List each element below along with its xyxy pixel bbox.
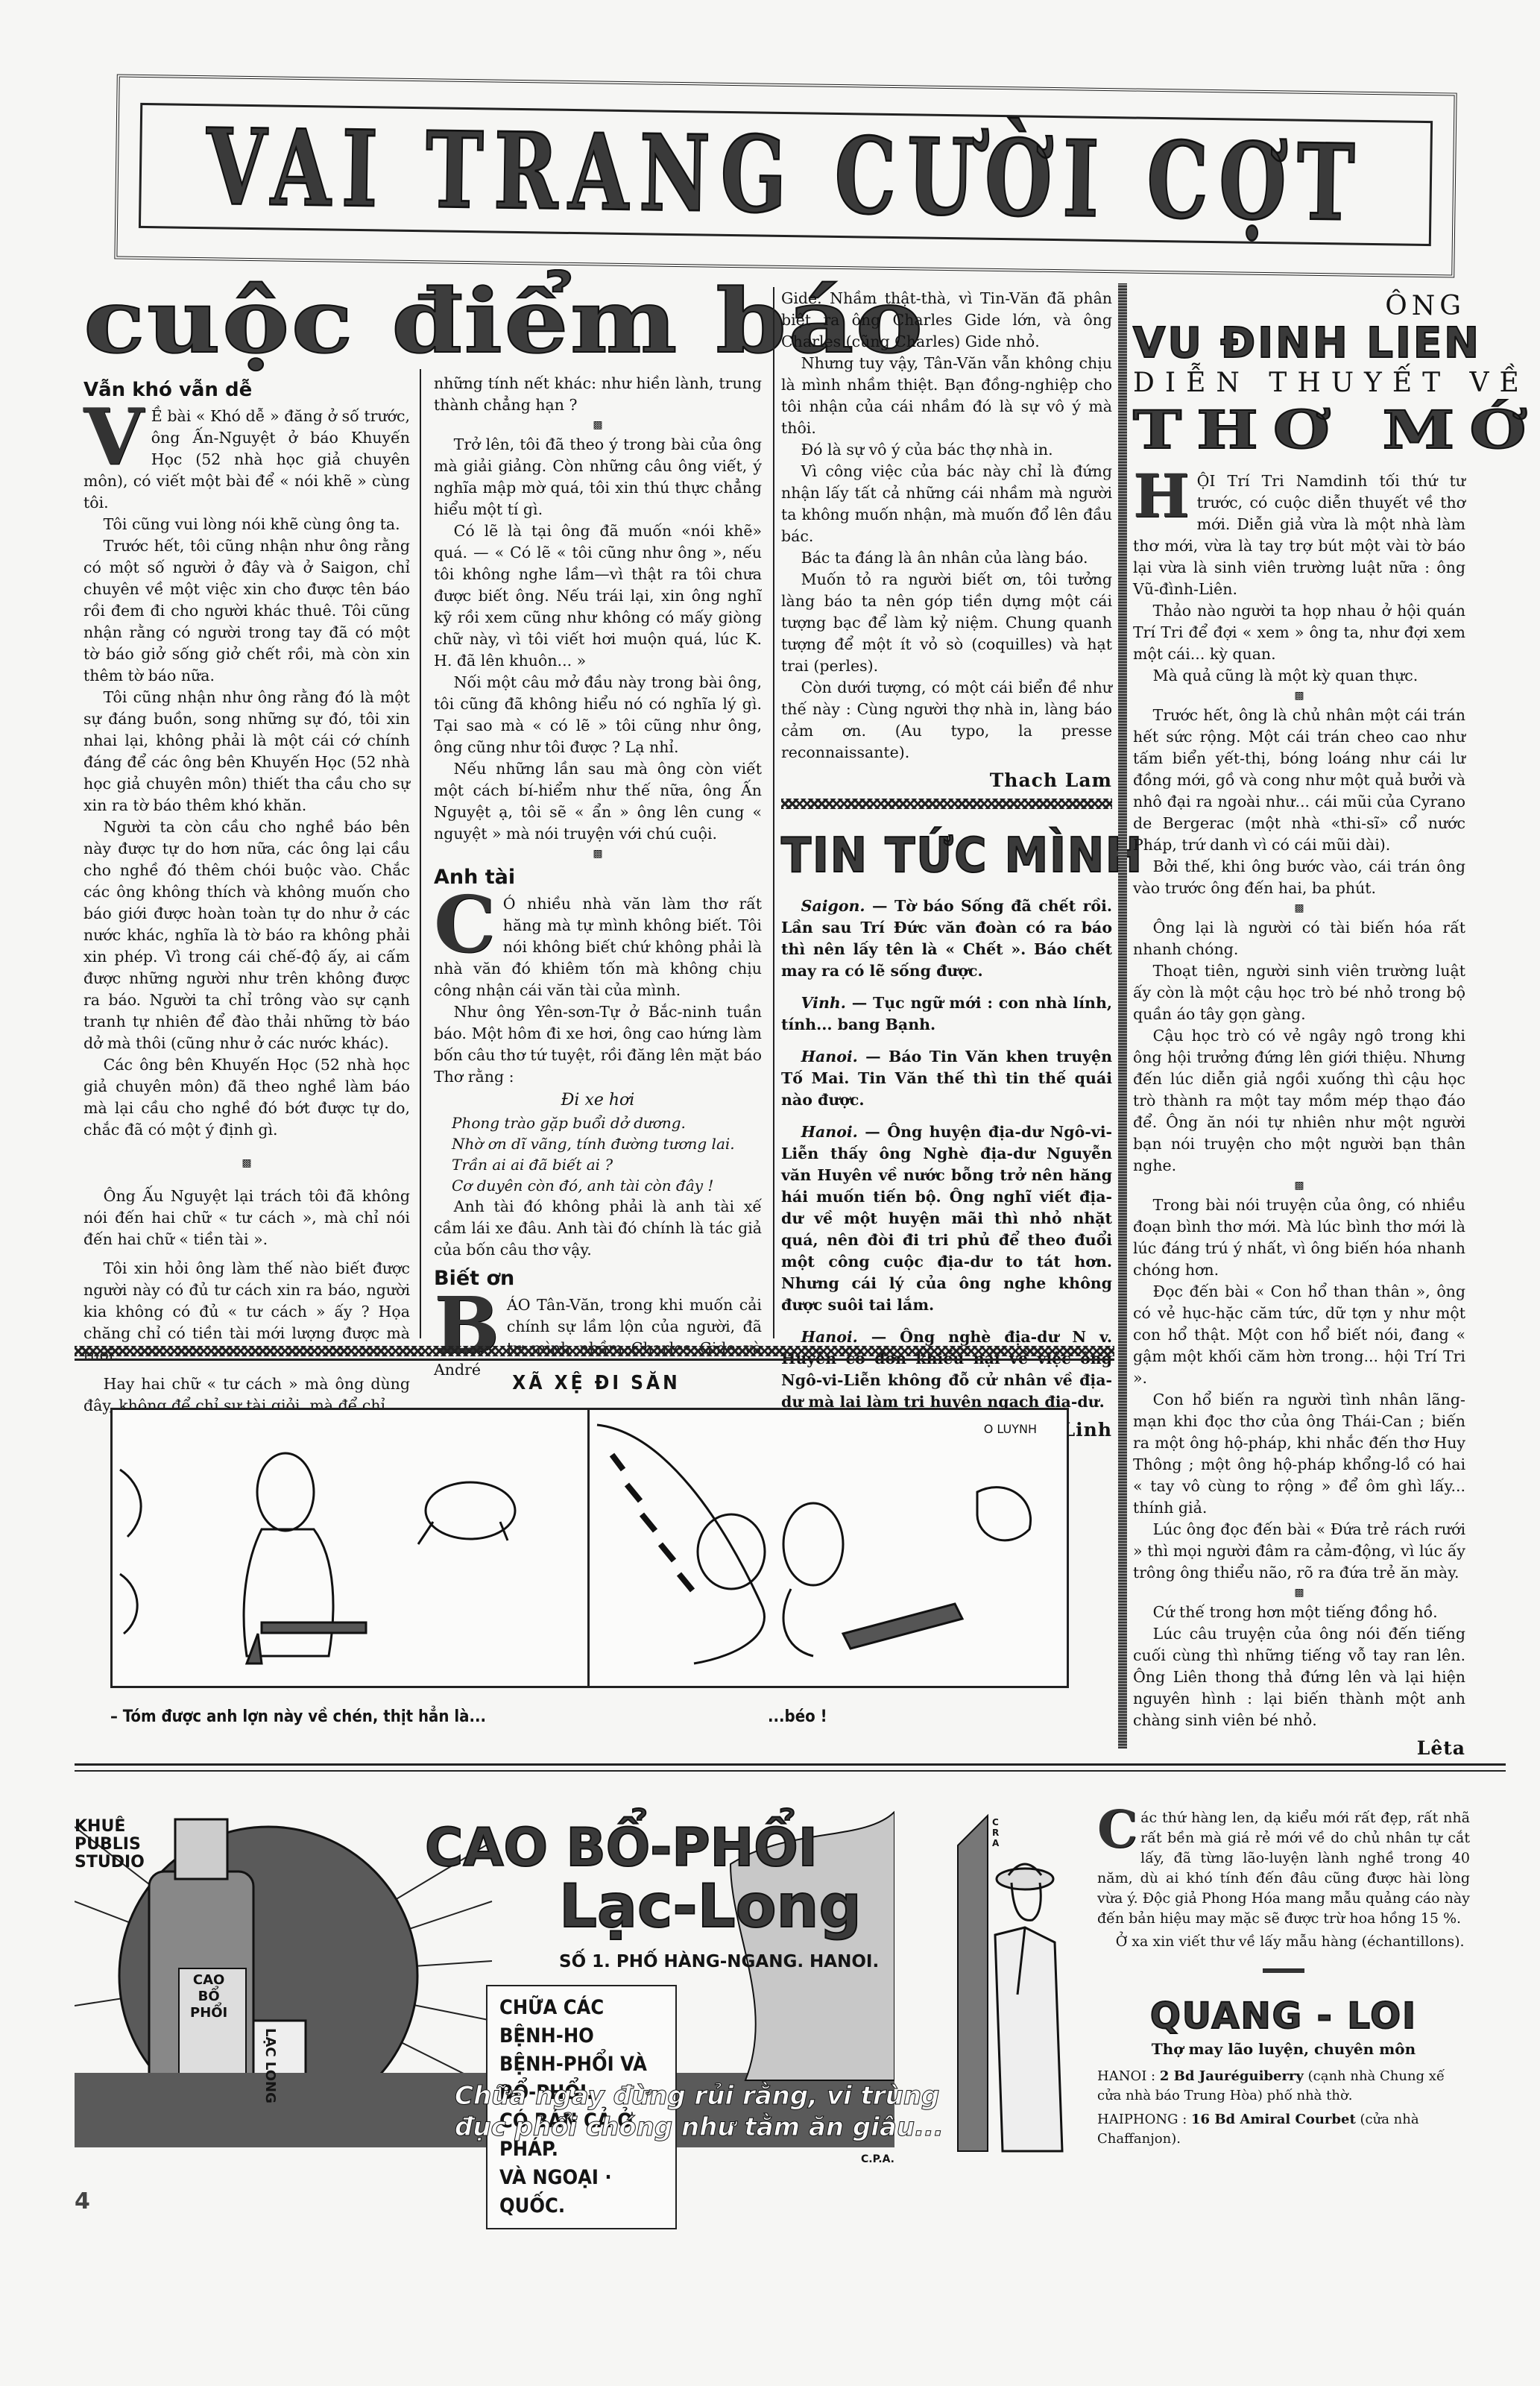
headline-kicker: ÔNG (1133, 291, 1465, 321)
page-number: 4 (75, 2188, 90, 2215)
box-label: LẠC LONG (262, 2028, 278, 2103)
ornament-icon: ▩ (434, 848, 762, 860)
ornament-icon: ▩ (1133, 690, 1465, 702)
ad-illustration-gentleman: C R A (943, 1801, 1077, 2159)
article-paragraph: Mà quả cũng là một kỳ quan thực. (1133, 665, 1465, 687)
ad-cao-bo-phoi-lac-long: KHUÊ PUBLIS STUDIO CAO BỔ PHỔI LẠC LONG … (75, 1782, 894, 2170)
ad-intro: C ác thứ hàng len, dạ kiểu mới rất đẹp, … (1097, 1808, 1470, 1929)
news-item: Hanoi. — Báo Tin Văn khen truyện Tố Mai.… (781, 1046, 1112, 1111)
ornament-icon: ▩ (83, 1157, 410, 1169)
article-paragraph: Cứ thế trong hơn một tiếng đồng hồ. (1133, 1602, 1465, 1623)
ornament-icon: ▩ (1133, 1587, 1465, 1599)
column-3: Gide. Nhầm thật-thà, vì Tin-Văn đã phân … (781, 288, 1112, 1441)
article-paragraph: Con hổ biến ra người tình nhân lãng-mạn … (1133, 1389, 1465, 1519)
article-paragraph: H ỘI Trí Tri Namdinh tối thứ tư trước, c… (1133, 470, 1465, 600)
ornament-icon: ▩ (434, 419, 762, 431)
article-paragraph: Gide. Nhầm thật-thà, vì Tin-Văn đã phân … (781, 288, 1112, 353)
poem-line: Phong trào gặp buổi dở dương. (452, 1112, 762, 1133)
article-paragraph: Ông Ấu Nguyệt lại trách tôi đã không nói… (83, 1186, 410, 1250)
drop-cap: C (434, 895, 496, 954)
author-signature: Lêta (1133, 1737, 1465, 1759)
news-headline: TIN TỨC MÌNH (781, 828, 1085, 884)
article-paragraph: Tôi cũng nhận như ông rằng đó là một sự … (83, 687, 410, 816)
illustration-credit: C R A (992, 1817, 1001, 1848)
article-paragraph: Nối một câu mở đầu này trong bài ông, tô… (434, 672, 762, 758)
column-divider (773, 287, 774, 1338)
article-paragraph: Tôi cũng vui lòng nói khẽ cùng ông ta. (83, 514, 410, 535)
article-paragraph: C Ó nhiều nhà văn làm thơ rất hăng mà tự… (434, 893, 762, 1001)
article-paragraph: Đọc đến bài « Con hổ than thân », ông có… (1133, 1281, 1465, 1389)
article-paragraph: Đó là sự vô ý của bác thợ nhà in. (781, 439, 1112, 461)
article-paragraph: Trước hết, ông là chủ nhân một cái trán … (1133, 705, 1465, 856)
cartoon-panel-2: O LUYNH (587, 1408, 1069, 1688)
headline-subhead: DIỄN THUYẾT VỀ (1133, 366, 1465, 400)
banner-title: VAI TRANG CƯỜI CỢT (206, 104, 1366, 245)
article-paragraph: Có lẽ là tại ông đã muốn «nói khẽ» quá. … (434, 520, 762, 672)
banner-inner-frame: VAI TRANG CƯỜI CỢT (139, 103, 1433, 246)
cartoon-caption-left: – Tóm được anh lợn này về chén, thịt hẳn… (110, 1707, 486, 1726)
drop-cap: H (1133, 472, 1190, 520)
article-paragraph: Trở lên, tôi đã theo ý trong bài của ông… (434, 434, 762, 520)
article-paragraph: Anh tài đó không phải là anh tài xế cầm … (434, 1196, 762, 1261)
article-paragraph: Bởi thế, khi ông bước vào, cái trán ông … (1133, 856, 1465, 899)
subheading-van-kho-van-de: Vẫn khó vẫn dễ (83, 379, 410, 401)
ad-tagline: Thợ may lão luyện, chuyên môn (1097, 2040, 1470, 2058)
article-paragraph: Cậu học trò có vẻ ngây ngô trong khi ông… (1133, 1025, 1465, 1177)
news-item: Hanoi. — Ông huyện địa-dư Ngô-vi-Liễn th… (781, 1121, 1112, 1316)
ad-quang-loi: C ác thứ hàng len, dạ kiểu mới rất đẹp, … (1097, 1808, 1470, 2149)
ad-address: SỐ 1. PHỐ HÀNG-NGANG. HANOI. (559, 1952, 879, 1971)
divider-zigzag (781, 799, 1112, 809)
author-signature: Thach Lam (781, 769, 1112, 791)
news-item: Hanoi. — Ông nghè địa-dư N v. Huyên có đ… (781, 1326, 1112, 1413)
headline-main: THƠ MỚI (1133, 400, 1540, 460)
ad-studio-credit: KHUÊ PUBLIS STUDIO (75, 1818, 145, 1872)
poem-line: Nhờ ơn dĩ vãng, tính đường tương lai. (452, 1133, 762, 1154)
ad-note: Ở xa xin viết thư về lấy mẫu hàng (échan… (1097, 1932, 1470, 1952)
article-paragraph: Còn dưới tượng, có một cái biển đề như t… (781, 677, 1112, 764)
subheading-biet-on: Biết ơn (434, 1267, 762, 1290)
ad-address-haiphong: HAIPHONG : 16 Bd Amiral Courbet (cửa nhà… (1097, 2110, 1470, 2149)
ad-brand-line1: CAO BỔ-PHỔI (425, 1819, 818, 1876)
article-paragraph: những tính nết khác: như hiền lành, trun… (434, 373, 762, 416)
column-divider (420, 369, 421, 1338)
cartoon: XÃ XỆ ĐI SĂN (75, 1372, 1118, 1394)
ad-address-hanoi: HANOI : 2 Bd Jauréguiberry (cạnh nhà Chu… (1097, 2067, 1470, 2106)
column-divider-thick (1118, 283, 1127, 1748)
divider-rule (75, 1763, 1506, 1772)
poem: Phong trào gặp buổi dở dương. Nhờ ơn dĩ … (434, 1112, 762, 1196)
drop-cap: V (83, 407, 144, 467)
news-list: Saigon. — Tờ báo Sống đã chết rồi. Lần s… (781, 895, 1112, 1413)
divider-zigzag (75, 1346, 1114, 1356)
page-banner: VAI TRANG CƯỜI CỢT (114, 74, 1457, 277)
article-paragraph: Thảo nào người ta họp nhau ở hội quán Tr… (1133, 600, 1465, 665)
ad-credit: C.P.A. (861, 2153, 894, 2165)
ornament-rule (1263, 1968, 1304, 1973)
article-paragraph: Lúc câu truyện của ông nói đến tiếng cuố… (1133, 1623, 1465, 1731)
cartoon-illustration-tiger (590, 1410, 1067, 1686)
article-paragraph: Trước hết, tôi cũng nhận như ông rằng có… (83, 535, 410, 687)
subheading-anh-tai: Anh tài (434, 866, 762, 889)
article-paragraph: Nhưng tuy vậy, Tân-Văn vẫn không chịu là… (781, 353, 1112, 439)
article-paragraph: B ÁO Tân-Văn, trong khi muốn cải chính s… (434, 1294, 762, 1381)
article-paragraph: Muốn tỏ ra người biết ơn, tôi tưởng làng… (781, 569, 1112, 677)
column-2: những tính nết khác: như hiền lành, trun… (434, 373, 762, 1381)
divider-rule (75, 1359, 1114, 1361)
cartoon-title: XÃ XỆ ĐI SĂN (75, 1372, 1118, 1394)
article-paragraph: Ông lại là người có tài biến hóa rất nha… (1133, 917, 1465, 960)
article-paragraph: Như ông Yên-sơn-Tự ở Bắc-ninh tuần báo. … (434, 1001, 762, 1088)
article-paragraph: Lúc ông đọc đến bài « Đứa trẻ rách rưới … (1133, 1519, 1465, 1584)
news-item: Vinh. — Tục ngữ mới : con nhà lính, tính… (781, 992, 1112, 1036)
article-paragraph: V Ề bài « Khó dễ » đăng ở số trước, ông … (83, 406, 410, 514)
ornament-icon: ▩ (1133, 902, 1465, 914)
article-paragraph: Trong bài nói truyện của ông, có nhiều đ… (1133, 1194, 1465, 1281)
column-1: Vẫn khó vẫn dễ V Ề bài « Khó dễ » đăng ở… (83, 373, 410, 1417)
ornament-icon: ▩ (1133, 1180, 1465, 1192)
cartoon-caption-right: ...béo ! (768, 1707, 827, 1726)
ad-brand: QUANG - LOI (1097, 1995, 1470, 2037)
article-paragraph: Các ông bên Khuyến Học (52 nhà học giả c… (83, 1054, 410, 1141)
poem-line: Trần ai ai đã biết ai ? (452, 1154, 762, 1175)
bottle-label: CAO BỔ PHỔI (190, 1972, 227, 2021)
article-paragraph: Vì công việc của bác này chỉ là đứng nhậ… (781, 461, 1112, 547)
drop-cap: C (1097, 1810, 1137, 1850)
news-item: Saigon. — Tờ báo Sống đã chết rồi. Lần s… (781, 895, 1112, 982)
ad-slogan: Chữa ngay đừng rủi rằng, vi trùng đục ph… (455, 2080, 944, 2143)
poem-title: Đi xe hơi (434, 1091, 762, 1109)
ad-brand-line2: Lạc-Long (559, 1873, 862, 1940)
cartoon-panel-1 (110, 1408, 592, 1688)
article-paragraph: Nếu những lần sau mà ông còn viết một cá… (434, 758, 762, 845)
poem-line: Cơ duyên còn đó, anh tài còn đây ! (452, 1175, 762, 1196)
article-paragraph: Thoạt tiên, người sinh viên trường luật … (1133, 960, 1465, 1025)
headline-name: VU ĐINH LIEN (1133, 321, 1465, 366)
artist-signature: O LUYNH (984, 1422, 1037, 1436)
column-4: ÔNG VU ĐINH LIEN DIỄN THUYẾT VỀ THƠ MỚI … (1133, 291, 1465, 1759)
article-paragraph: Người ta còn cầu cho nghề báo bên này đư… (83, 816, 410, 1054)
ad-address-list: HANOI : 2 Bd Jauréguiberry (cạnh nhà Chu… (1097, 2067, 1470, 2149)
article-paragraph: Bác ta đáng là ân nhân của làng báo. (781, 547, 1112, 569)
cartoon-illustration-hunter-and-pig (113, 1410, 590, 1686)
